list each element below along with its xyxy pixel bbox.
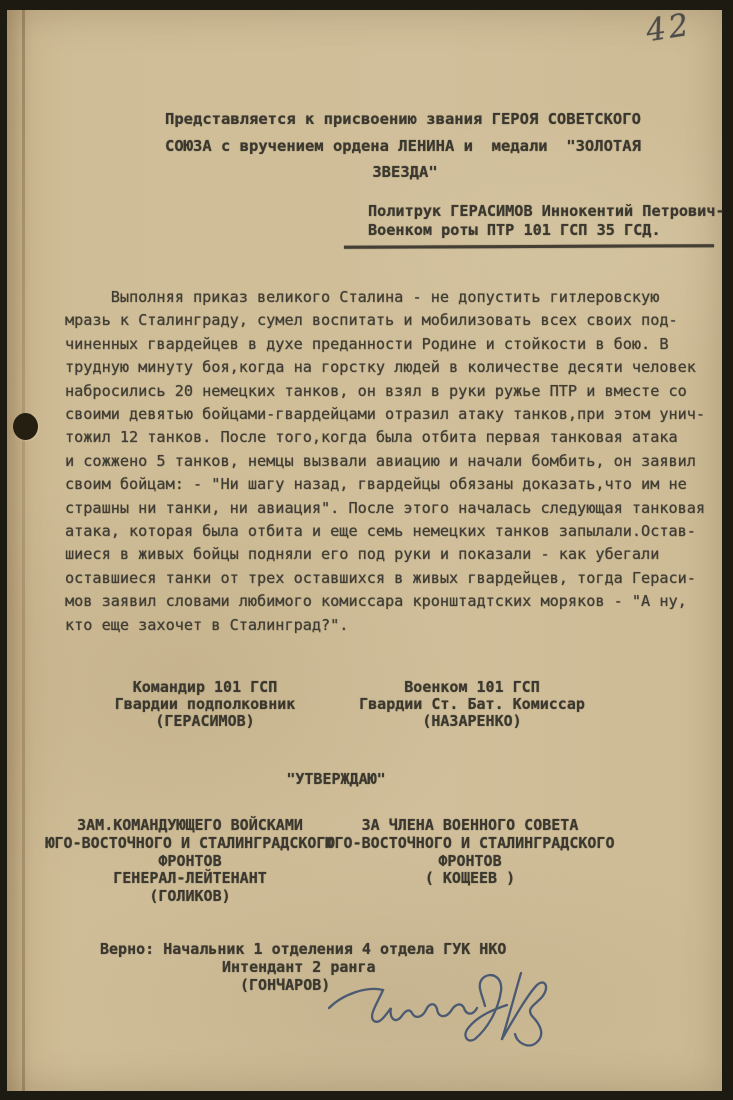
title-line: СОЮЗА с вручением ордена ЛЕНИНА и медали… [165, 133, 645, 160]
subject-line: Военком роты ПТР 101 ГСП 35 ГСД. [368, 221, 725, 240]
certification-line: Верно: Начальник 1 отделения 4 отдела ГУ… [100, 940, 506, 958]
body-line: атака, которая была отбита и еще семь не… [65, 520, 705, 543]
signatory-deputy-commander-block: ЗАМ.КОМАНДУЮЩЕГО ВОЙСКАМИ ЮГО-ВОСТОЧНОГО… [40, 817, 340, 906]
signatory-line: (НАЗАРЕНКО) [357, 713, 587, 730]
signatory-line: (ГЕРАСИМОВ) [110, 713, 300, 730]
body-line: трудную минуту боя,когда на горстку люде… [65, 356, 705, 379]
body-line: своими девятью бойцами-гвардейцами отраз… [65, 403, 705, 426]
body-line: мразь к Сталинграду, сумел воспитать и м… [65, 309, 705, 332]
signatory-commander-block: Командир 101 ГСП Гвардии подполковник (Г… [110, 679, 300, 729]
signatory-line: ГЕНЕРАЛ-ЛЕЙТЕНАНТ [40, 870, 340, 888]
certification-line: (ГОНЧАРОВ) [240, 976, 330, 994]
body-line: набросились 20 немецких танков, он взял … [65, 380, 705, 403]
body-line: страшны ни танки, ни авиация". После это… [65, 497, 705, 520]
page-edge-crease [22, 10, 25, 1091]
approval-label: "УТВЕРЖДАЮ" [216, 770, 456, 788]
signatory-military-council-block: ЗА ЧЛЕНА ВОЕННОГО СОВЕТА ЮГО-ВОСТОЧНОГО … [320, 817, 620, 888]
signatory-line: ЗАМ.КОМАНДУЮЩЕГО ВОЙСКАМИ [40, 817, 340, 835]
signatory-line: Гвардии Ст. Бат. Комиссар [357, 696, 587, 713]
handwritten-signature [325, 966, 570, 1058]
archive-photo-background: 42 Представляется к присвоению звания ГЕ… [0, 0, 733, 1100]
title-block: Представляется к присвоению звания ГЕРОЯ… [165, 106, 645, 186]
page-number: 42 [643, 7, 694, 50]
signatory-line: ЮГО-ВОСТОЧНОГО И СТАЛИНГРАДСКОГО [320, 835, 620, 853]
body-line: шиеся в живых бойцы подняли его под руки… [65, 543, 705, 566]
body-line: кто еще захочет в Сталинград?". [65, 614, 705, 637]
signatory-line: ЮГО-ВОСТОЧНОГО И СТАЛИНГРАДСКОГО [40, 835, 340, 853]
signatory-line: Командир 101 ГСП [110, 679, 300, 696]
signatory-line: Военком 101 ГСП [357, 679, 587, 696]
body-paragraph: Выполняя приказ великого Сталина - не до… [65, 286, 705, 637]
body-line: оставшиеся танки от трех оставшихся в жи… [65, 567, 705, 590]
signatory-line: ФРОНТОВ [320, 853, 620, 871]
signatory-line: ЗА ЧЛЕНА ВОЕННОГО СОВЕТА [320, 817, 620, 835]
binding-hole [13, 413, 38, 440]
subject-block: Политрук ГЕРАСИМОВ Иннокентий Петрович- … [368, 202, 725, 240]
title-line: Представляется к присвоению звания ГЕРОЯ… [165, 106, 645, 133]
body-line: своим бойцам: - "Ни шагу назад, гвардейц… [65, 473, 705, 496]
title-line: ЗВЕЗДА" [165, 159, 645, 186]
signatory-line: ФРОНТОВ [40, 853, 340, 871]
body-line: Выполняя приказ великого Сталина - не до… [65, 286, 705, 309]
signatory-commissar-block: Военком 101 ГСП Гвардии Ст. Бат. Комисса… [357, 679, 587, 729]
body-line: и сожжено 5 танков, немцы вызвали авиаци… [65, 450, 705, 473]
body-line: тожил 12 танков. После того,когда была о… [65, 426, 705, 449]
subject-line: Политрук ГЕРАСИМОВ Иннокентий Петрович- [368, 202, 725, 221]
body-line: мов заявил словами любимого комиссара кр… [65, 590, 705, 613]
signatory-line: Гвардии подполковник [110, 696, 300, 713]
body-line: чиненных гвардейцев в духе преданности Р… [65, 333, 705, 356]
signatory-line: (ГОЛИКОВ) [40, 888, 340, 906]
signatory-line: ( КОЩЕЕВ ) [320, 870, 620, 888]
